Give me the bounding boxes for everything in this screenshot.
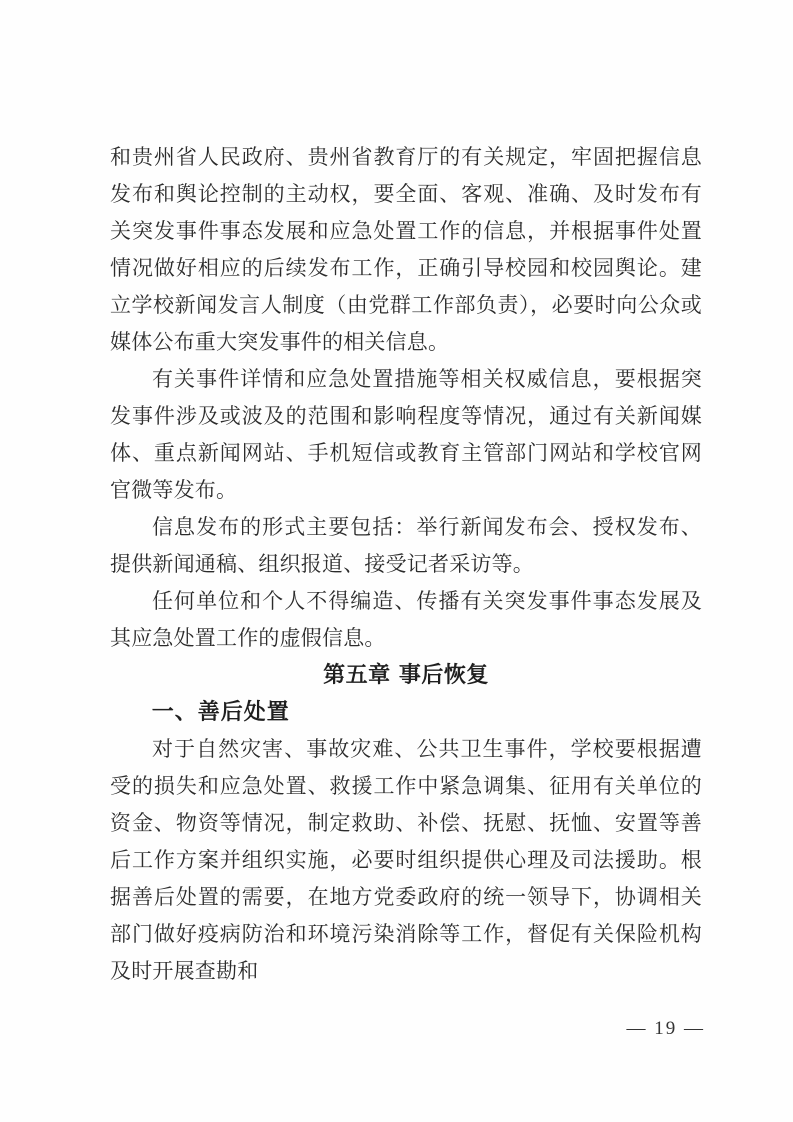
page-number: — 19 — — [627, 1017, 706, 1041]
paragraph: 任何单位和个人不得编造、传播有关突发事件事态发展及其应急处置工作的虚假信息。 — [110, 583, 702, 657]
document-content: 和贵州省人民政府、贵州省教育厅的有关规定，牢固把握信息发布和舆论控制的主动权，要… — [110, 139, 702, 990]
paragraph: 和贵州省人民政府、贵州省教育厅的有关规定，牢固把握信息发布和舆论控制的主动权，要… — [110, 139, 702, 361]
document-page: 和贵州省人民政府、贵州省教育厅的有关规定，牢固把握信息发布和舆论控制的主动权，要… — [0, 0, 793, 1122]
paragraph: 对于自然灾害、事故灾难、公共卫生事件，学校要根据遭受的损失和应急处置、救援工作中… — [110, 731, 702, 990]
paragraph: 信息发布的形式主要包括：举行新闻发布会、授权发布、提供新闻通稿、组织报道、接受记… — [110, 509, 702, 583]
chapter-heading: 第五章 事后恢复 — [110, 657, 702, 694]
section-heading: 一、善后处置 — [110, 694, 702, 731]
paragraph: 有关事件详情和应急处置措施等相关权威信息，要根据突发事件涉及或波及的范围和影响程… — [110, 361, 702, 509]
